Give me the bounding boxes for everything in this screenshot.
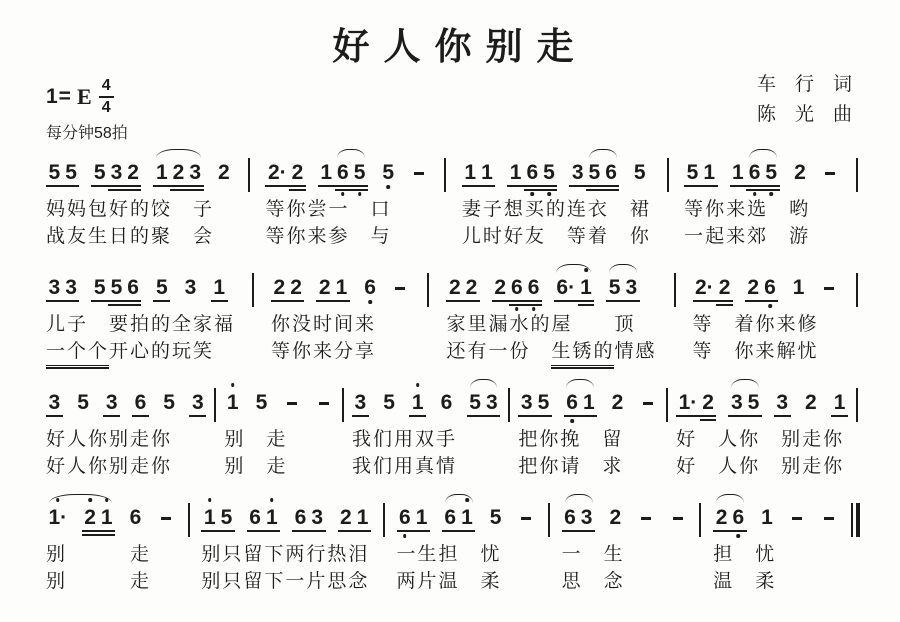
beam-group: 1 <box>224 392 241 414</box>
beam-group: 5 <box>75 392 92 414</box>
beam-underline <box>271 300 288 302</box>
note: 1 <box>578 277 595 299</box>
note-digit: 6 <box>399 507 411 529</box>
beam-underline <box>46 415 63 417</box>
slur-arc <box>445 494 473 503</box>
dash-note <box>282 392 302 405</box>
lyrics-verse-1: 家里漏水的屋 顶 <box>446 311 656 338</box>
lyric-segment: 一生担 忧 <box>397 544 502 565</box>
beam-group: 35 <box>518 392 551 414</box>
note: 2 <box>288 277 305 299</box>
note-digit: 5 <box>94 277 106 299</box>
beam-group: 26 <box>713 507 746 529</box>
beam-group: 22 <box>446 277 479 299</box>
beam-underline-2 <box>586 189 603 191</box>
beam-underline-2 <box>603 189 620 191</box>
beam-underline <box>459 530 476 532</box>
beam-underline <box>479 185 496 187</box>
note-digit: 1 <box>213 277 225 299</box>
note: 1 <box>701 162 718 184</box>
note: 5 <box>153 277 170 299</box>
lyrics-verse-2: 思 念 <box>562 568 688 595</box>
beam-group: 3 <box>774 392 791 414</box>
beam-underline <box>153 300 170 302</box>
dash-note <box>787 507 807 520</box>
beam-group: 2·2 <box>265 162 305 184</box>
octave-dot-low <box>768 304 772 308</box>
beam-underline <box>701 185 718 187</box>
beam-underline <box>462 185 479 187</box>
note: 1 <box>413 507 430 529</box>
beam-underline <box>442 530 459 532</box>
beam-group <box>819 507 839 520</box>
beam-group: 21 <box>82 507 115 529</box>
beam-group: 165 <box>730 162 780 184</box>
slur-arc <box>749 149 777 158</box>
measure-notes: 15616321 <box>201 493 371 541</box>
key-letter: E <box>77 84 92 110</box>
beam-underline <box>413 530 430 532</box>
dash-bar <box>641 517 651 520</box>
beam-group <box>668 507 688 520</box>
beam-group: 11 <box>462 162 495 184</box>
note: 6 <box>247 507 264 529</box>
lyric-segment: 等你来参 与 <box>265 226 391 247</box>
beam-underline <box>265 185 289 187</box>
beam-group: 6 <box>132 392 149 414</box>
barline <box>252 273 254 307</box>
beam-group: 55 <box>46 162 79 184</box>
lyric-segment: 别只留下两行热泪 <box>201 544 369 565</box>
song-title: 好人你别走 <box>46 16 860 70</box>
lyric-segment: 好 人你 别走你 <box>676 429 844 450</box>
meter-denominator: 4 <box>102 100 111 116</box>
beam-underline <box>578 530 595 532</box>
beam-underline <box>218 530 235 532</box>
lyric-segment: 好人你别走你 <box>46 456 172 477</box>
beam-underline-2 <box>289 189 306 191</box>
measure-notes: 555321232 <box>46 148 232 196</box>
beam-group: 15 <box>201 507 234 529</box>
beam-underline <box>603 185 620 187</box>
barline <box>342 388 344 422</box>
note-digit: 1 <box>412 392 424 414</box>
note: 6 <box>746 162 763 184</box>
octave-dot-low <box>341 192 345 196</box>
lyric-segment: 担 忧 <box>713 544 776 565</box>
composer-credit: 陈 光 曲 <box>757 100 852 130</box>
measure: 2·2261等 着你来修等 你来解忧 <box>693 263 839 365</box>
note-digit: 1 <box>793 277 805 299</box>
beam-underline <box>676 415 700 417</box>
beam-underline-2 <box>578 304 595 306</box>
beam-underline <box>125 300 142 302</box>
beam-group: 61 <box>397 507 430 529</box>
note: 2 <box>700 392 717 414</box>
note: 5 <box>218 507 235 529</box>
lyric-segment: 妈妈包好的饺 子 <box>46 199 214 220</box>
octave-dot-low <box>386 185 390 189</box>
note-digit: 2 <box>794 162 806 184</box>
lyrics-verse-1: 把你挽 留 <box>518 426 657 453</box>
note-digit: 5 <box>634 162 646 184</box>
beam-underline <box>46 300 63 302</box>
note: 1 <box>580 392 597 414</box>
beam-group <box>516 507 536 520</box>
note: 1 <box>759 507 776 529</box>
beam-underline <box>763 185 780 187</box>
measure: 33556531儿子 要拍的全家福一个个开心的玩笑 <box>46 263 235 365</box>
note: 5 <box>253 392 270 414</box>
note: 2 <box>271 277 288 299</box>
beam-underline-2 <box>170 189 187 191</box>
note: 2 <box>446 277 463 299</box>
beam-group: 5 <box>381 392 398 414</box>
octave-dot-low <box>570 419 574 423</box>
note: 3 <box>46 392 63 414</box>
note-digit: 1· <box>679 392 698 414</box>
note-digit: 3 <box>521 392 533 414</box>
note: 5 <box>108 277 125 299</box>
beam-group <box>314 392 334 405</box>
beam-group: 21 <box>316 277 349 299</box>
note-digit: 1 <box>703 162 715 184</box>
note-digit: 1 <box>156 162 168 184</box>
beam-underline-2 <box>125 304 142 306</box>
note-digit: 3 <box>111 162 123 184</box>
lyricist-credit: 车 行 词 <box>757 70 852 100</box>
dash-bar <box>824 517 834 520</box>
note-digit: 2 <box>274 277 286 299</box>
measure-notes: 511652 <box>684 148 840 196</box>
beam-underline-2 <box>700 419 717 421</box>
note: 6 <box>730 507 747 529</box>
measure-notes: 1·216 <box>46 493 176 541</box>
note: 5 <box>161 392 178 414</box>
note: 2 <box>792 162 809 184</box>
note-digit: 5 <box>765 162 777 184</box>
note-digit: 2 <box>340 507 352 529</box>
dash-bar <box>521 517 531 520</box>
note-digit: 1 <box>464 162 476 184</box>
note: 2 <box>463 277 480 299</box>
note: 3 <box>187 162 204 184</box>
final-barline-thin <box>851 503 853 537</box>
lyrics-verse-2: 等你来分享 <box>271 338 410 365</box>
note: 5 <box>63 162 80 184</box>
note-digit: 3 <box>185 277 197 299</box>
note-digit: 1 <box>510 162 522 184</box>
beam-underline <box>397 530 414 532</box>
beam-underline-2 <box>509 304 526 306</box>
beam-underline <box>292 530 309 532</box>
beam-group: 5 <box>487 507 504 529</box>
beam-underline <box>351 185 368 187</box>
beam-group: 33 <box>46 277 79 299</box>
note-digit: 1 <box>580 277 592 299</box>
note: 3 <box>309 507 326 529</box>
measure: 511652等你来选 哟一起来郊 游 <box>684 148 840 250</box>
note-digit: 3 <box>311 507 323 529</box>
note-digit: 5 <box>94 162 106 184</box>
lyrics-verse-2: 等 你来解忧 <box>693 338 839 365</box>
sheet-page: 好人你别走 1= E 4 4 每分钟58拍 车 行 词 陈 光 曲 555321… <box>0 0 900 595</box>
note-digit: 6 <box>249 507 261 529</box>
beam-group: 35 <box>728 392 761 414</box>
note: 1 <box>730 162 747 184</box>
beam-group: 3 <box>182 277 199 299</box>
beam-group: 1 <box>790 277 807 299</box>
lyric-segment: 家里漏水的屋 顶 <box>446 314 635 335</box>
beam-group: 26 <box>745 277 778 299</box>
dash-bar <box>673 517 683 520</box>
note-digit: 5 <box>490 507 502 529</box>
octave-dot-low <box>368 300 372 304</box>
beam-underline <box>201 530 218 532</box>
beam-group: 6 <box>438 392 455 414</box>
slur-arc <box>556 264 591 273</box>
fraction-bar <box>99 96 114 98</box>
beam-underline <box>578 300 595 302</box>
note-digit: 3 <box>486 392 498 414</box>
note-digit: 1 <box>266 507 278 529</box>
beam-underline <box>263 530 280 532</box>
note: 5 <box>467 392 484 414</box>
note: 3 <box>483 392 500 414</box>
beam-underline <box>745 300 762 302</box>
lyric-segment: 情感 <box>614 341 656 362</box>
measure-notes: 261 <box>713 493 839 541</box>
score-line: 555321232妈妈包好的饺 子战友生日的聚 会2·21655等你尝一 口等你… <box>46 148 860 250</box>
note-digit: 6 <box>364 277 376 299</box>
lyric-segment: 别只留下一片思念 <box>201 571 369 592</box>
beam-group: 2 <box>609 392 626 414</box>
lyric-segment: 等 你来解忧 <box>693 341 819 362</box>
note-digit: 3 <box>625 277 637 299</box>
lyrics-verse-1: 别 走 <box>46 541 176 568</box>
beam-group: 53 <box>467 392 500 414</box>
beam-underline <box>713 530 730 532</box>
measure: 222666·153家里漏水的屋 顶还有一份 生锈的情感 <box>446 263 656 365</box>
octave-dot-low <box>530 192 534 196</box>
note-digit: 5 <box>589 162 601 184</box>
note: 2 <box>716 277 733 299</box>
note-digit: 5 <box>111 277 123 299</box>
note-digit: 2 <box>173 162 185 184</box>
beam-underline <box>98 530 115 532</box>
barline <box>674 273 676 307</box>
beam-group: 1·2 <box>676 392 716 414</box>
dash-note <box>409 162 429 175</box>
dash-bar <box>792 517 802 520</box>
final-barline <box>851 503 860 537</box>
note-digit: 6 <box>605 162 617 184</box>
lyrics-verse-2: 把你请 求 <box>518 453 657 480</box>
note: 1 <box>224 392 241 414</box>
note: 3 <box>774 392 791 414</box>
beam-underline <box>541 185 558 187</box>
note: 5 <box>381 392 398 414</box>
octave-dot-low <box>769 192 773 196</box>
lyric-segment: 把你挽 留 <box>518 429 623 450</box>
barline <box>667 158 669 192</box>
lyrics-verse-1: 妈妈包好的饺 子 <box>46 196 232 223</box>
octave-dot-low <box>736 534 740 538</box>
barline <box>214 388 216 422</box>
lyric-segment: 好 人你 别走你 <box>676 456 844 477</box>
measure: 2·21655等你尝一 口等你来参 与 <box>265 148 428 250</box>
barline <box>856 273 858 307</box>
lyrics-verse-1: 儿子 要拍的全家福 <box>46 311 235 338</box>
octave-dot-low <box>358 192 362 196</box>
note: 2 <box>713 507 730 529</box>
dash-note <box>668 507 688 520</box>
note-digit: 3 <box>572 162 584 184</box>
note: 2 <box>607 507 624 529</box>
note: 5 <box>91 162 108 184</box>
beam-underline <box>132 415 149 417</box>
barline <box>248 158 250 192</box>
note: 6 <box>292 507 309 529</box>
note-digit: 6 <box>511 277 523 299</box>
note: 3 <box>728 392 745 414</box>
dash-note <box>156 507 176 520</box>
note-digit: 6 <box>135 392 147 414</box>
beam-underline <box>108 185 125 187</box>
measure: 61615一生担 忧两片温 柔 <box>397 493 536 595</box>
note: 6 <box>125 277 142 299</box>
note: 3 <box>518 392 535 414</box>
lyrics-verse-2: 儿时好友 等着 你 <box>462 223 651 250</box>
note-digit: 2 <box>702 392 714 414</box>
measure-notes: 35612 <box>518 378 657 426</box>
beam-underline <box>745 415 762 417</box>
lyric-segment: 你没时间来 <box>271 314 376 335</box>
barline <box>427 273 429 307</box>
note: 3 <box>108 162 125 184</box>
note: 6 <box>438 392 455 414</box>
note-digit: 1 <box>336 277 348 299</box>
note: 5 <box>75 392 92 414</box>
lyrics-verse-2: 我们用真情 <box>352 453 500 480</box>
note-digit: 2 <box>805 392 817 414</box>
lyrics-verse-1: 好人你别走你 <box>46 426 206 453</box>
note-digit: 2 <box>290 277 302 299</box>
beam-underline <box>525 300 542 302</box>
note: 6 <box>397 507 414 529</box>
score: 555321232妈妈包好的饺 子战友生日的聚 会2·21655等你尝一 口等你… <box>46 148 860 595</box>
slur-arc <box>337 149 365 158</box>
meter-numerator: 4 <box>102 78 111 94</box>
beam-group: 63 <box>562 507 595 529</box>
beam-group: 1 <box>759 507 776 529</box>
lyric-segment: 温 柔 <box>713 571 776 592</box>
beam-group: 3 <box>189 392 206 414</box>
octave-dot-low <box>753 192 757 196</box>
note: 2 <box>316 277 333 299</box>
beam-group: 3 <box>352 392 369 414</box>
beam-underline <box>554 300 578 302</box>
beam-underline <box>535 415 552 417</box>
lyric-segment: 等你来分享 <box>271 341 376 362</box>
beam-underline <box>187 185 204 187</box>
beam-underline <box>170 185 187 187</box>
beam-underline-2 <box>125 189 142 191</box>
note: 1 <box>462 162 479 184</box>
beam-underline <box>333 300 350 302</box>
note: 5 <box>46 162 63 184</box>
dash-note <box>819 277 839 290</box>
lyric-segment: 别 走 <box>224 456 287 477</box>
note: 5 <box>380 162 397 184</box>
score-line: 33556531儿子 要拍的全家福一个个开心的玩笑22216你没时间来等你来分享… <box>46 263 860 365</box>
dash-bar <box>161 517 171 520</box>
beam-underline-2 <box>98 534 115 536</box>
barline <box>548 503 550 537</box>
beam-group: 5 <box>161 392 178 414</box>
lyrics-verse-1: 等你尝一 口 <box>265 196 428 223</box>
note-digit: 3 <box>106 392 118 414</box>
note-digit: 1 <box>732 162 744 184</box>
note-digit: 6 <box>528 277 540 299</box>
note: 6 <box>562 507 579 529</box>
note: 2 <box>609 392 626 414</box>
measure-notes: 33556531 <box>46 263 235 311</box>
note: 5 <box>91 277 108 299</box>
slur-arc <box>49 494 112 503</box>
measure-notes: 15 <box>224 378 333 426</box>
slur-arc <box>589 149 617 158</box>
dash-note <box>819 507 839 520</box>
note-digit: 5 <box>221 507 233 529</box>
beam-group: 21 <box>338 507 371 529</box>
note-digit: 2 <box>84 507 96 529</box>
note-digit: 5 <box>382 162 394 184</box>
beam-underline-2 <box>716 304 733 306</box>
beam-group: 61 <box>442 507 475 529</box>
lyrics-verse-1: 妻子想买的连衣 裙 <box>462 196 651 223</box>
note: 2 <box>338 507 355 529</box>
measure-notes: 61615 <box>397 493 536 541</box>
beam-group: 1 <box>409 392 426 414</box>
note: 2 <box>170 162 187 184</box>
note: 5 <box>684 162 701 184</box>
note: 1 <box>318 162 335 184</box>
beam-underline <box>507 185 524 187</box>
measure-notes: 353653 <box>46 378 206 426</box>
note: 1 <box>333 277 350 299</box>
note-digit: 6 <box>295 507 307 529</box>
note: 6 <box>525 277 542 299</box>
beam-underline-2 <box>763 189 780 191</box>
beam-underline <box>91 185 108 187</box>
note: 6 <box>762 277 779 299</box>
credits: 车 行 词 陈 光 曲 <box>757 70 852 130</box>
beam-underline-2 <box>82 534 99 536</box>
octave-dot-low <box>515 307 519 311</box>
barline <box>666 388 668 422</box>
beam-group: 2 <box>792 162 809 184</box>
lyrics-verse-1: 别 走 <box>224 426 333 453</box>
beam-group: 356 <box>569 162 619 184</box>
dash-note <box>638 392 658 405</box>
note-digit: 6 <box>732 507 744 529</box>
note: 2 <box>216 162 233 184</box>
beam-group: 3 <box>46 392 63 414</box>
note-digit: 6 <box>444 507 456 529</box>
beam-underline <box>492 300 509 302</box>
note-digit: 5 <box>354 162 366 184</box>
